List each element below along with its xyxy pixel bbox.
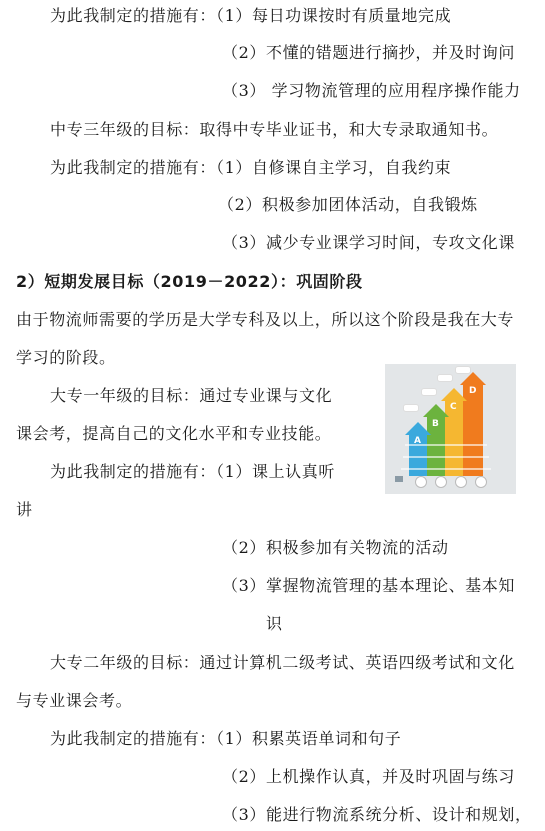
text-line-10: 大专一年级的目标：通过专业课与文化 <box>50 386 332 406</box>
text-line-19: 为此我制定的措施有：（1）积累英语单词和句子 <box>50 729 401 749</box>
step-label-d: D <box>469 386 476 396</box>
text-line-16: 识 <box>266 614 283 634</box>
text-line-5: 为此我制定的措施有：（1）自修课自主学习，自我约束 <box>50 158 451 178</box>
text-line-14: （2）积极参加有关物流的活动 <box>222 538 449 558</box>
section-heading: 2）短期发展目标（2019－2022）：巩固阶段 <box>16 272 363 292</box>
text-line-21: （3）能进行物流系统分析、设计和规划， <box>222 805 532 825</box>
text-line-11: 课会考，提高自己的文化水平和专业技能。 <box>16 424 331 444</box>
staircase-infographic-image: A B C D <box>385 364 516 494</box>
text-line-20: （2）上机操作认真，并及时巩固与练习 <box>222 767 515 787</box>
text-line-6: （2）积极参加团体活动，自我锻炼 <box>218 195 478 215</box>
gear-icon <box>435 476 447 488</box>
callout-bubble <box>403 404 419 412</box>
callout-bubble <box>421 388 437 396</box>
stair-edge <box>403 456 489 458</box>
text-line-3: （3） 学习物流管理的应用程序操作能力 <box>222 81 521 101</box>
pie-icon <box>415 476 427 488</box>
text-line-1: 为此我制定的措施有：（1）每日功课按时有质量地完成 <box>50 6 451 26</box>
search-icon <box>455 476 467 488</box>
arrow-a-icon <box>405 422 431 435</box>
arrow-c-icon <box>441 388 467 401</box>
text-line-17: 大专二年级的目标：通过计算机二级考试、英语四级考试和文化 <box>50 653 515 673</box>
text-line-2: （2）不懂的错题进行摘抄，并及时询问 <box>222 43 515 63</box>
text-line-12: 为此我制定的措施有：（1）课上认真听 <box>50 462 335 482</box>
stair-edge <box>401 468 491 470</box>
text-line-8: 由于物流师需要的学历是大学专科及以上，所以这个阶段是我在大专 <box>16 310 514 330</box>
chat-icon <box>475 476 487 488</box>
step-label-b: B <box>432 419 439 429</box>
callout-bubble <box>455 366 471 374</box>
callout-bubble <box>437 374 453 382</box>
text-line-4: 中专三年级的目标：取得中专毕业证书，和大专录取通知书。 <box>50 120 498 140</box>
text-line-7: （3）减少专业课学习时间，专攻文化课 <box>222 233 515 253</box>
chart-bars-icon <box>395 476 403 482</box>
text-line-13: 讲 <box>16 500 33 520</box>
step-label-a: A <box>414 436 421 446</box>
text-line-15: （3）掌握物流管理的基本理论、基本知 <box>222 576 515 596</box>
step-label-c: C <box>450 402 457 412</box>
arrow-b-icon <box>423 404 449 417</box>
text-line-18: 与专业课会考。 <box>16 691 132 711</box>
text-line-9: 学习的阶段。 <box>16 348 116 368</box>
